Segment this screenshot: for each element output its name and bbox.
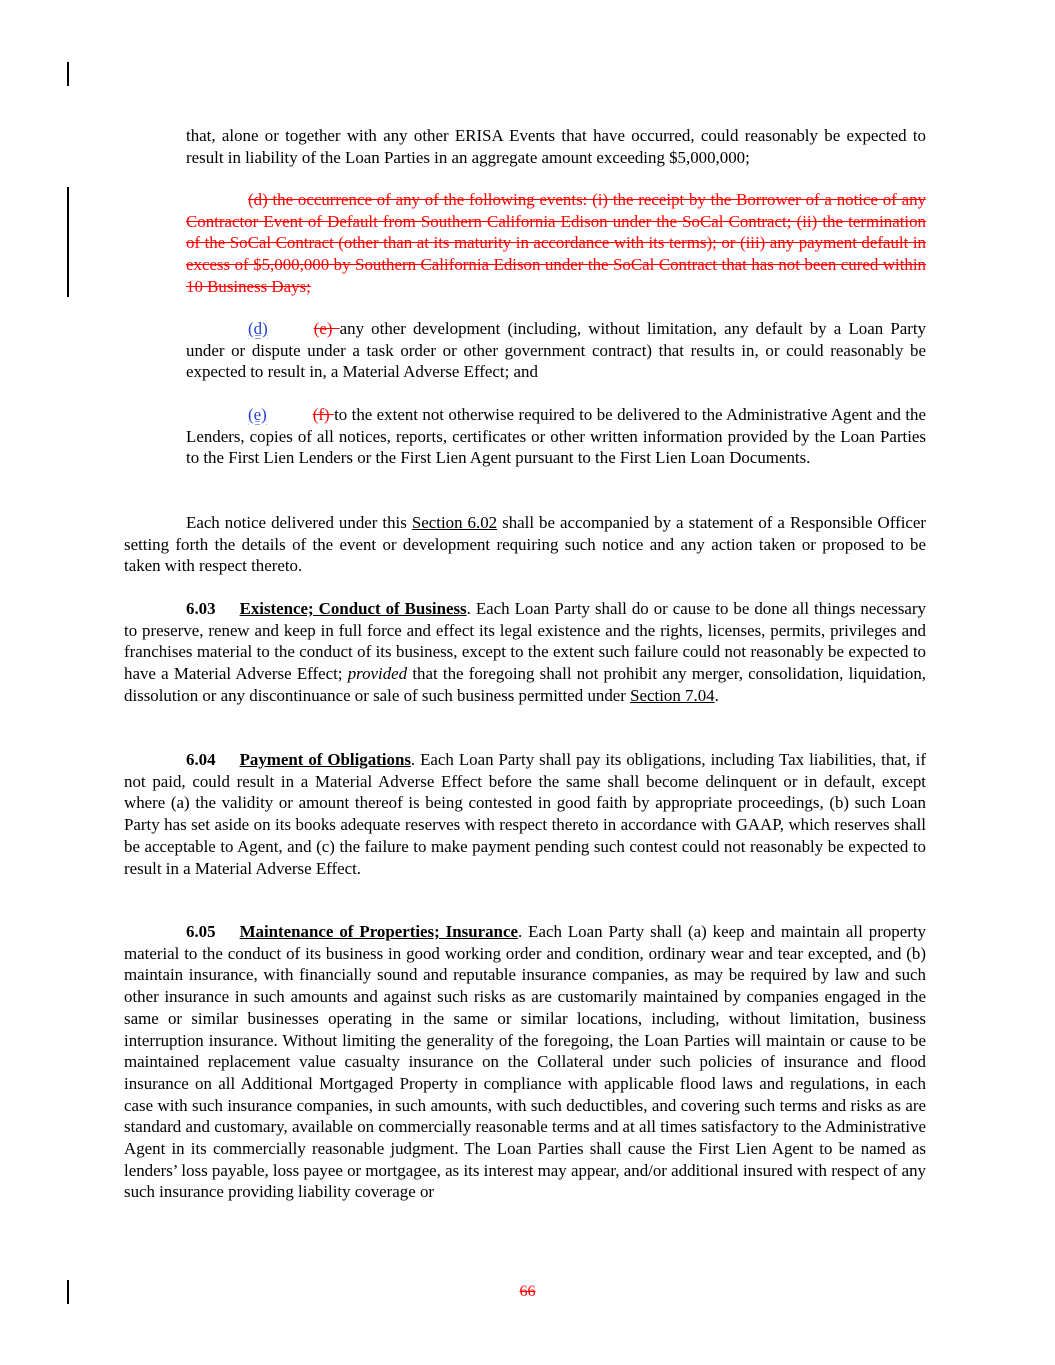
paragraph-deleted-d: (d) the occurrence of any of the followi… [186, 189, 926, 298]
section-title: Payment of Obligations [240, 750, 411, 769]
document-page: that, alone or together with any other E… [0, 0, 1055, 1365]
paragraph-text: Each notice delivered under this [186, 513, 412, 532]
paragraph-text: that, alone or together with any other E… [186, 125, 926, 168]
section-6-04: 6.04Payment of Obligations. Each Loan Pa… [124, 749, 926, 879]
section-body: . Each Loan Party shall pay its obligati… [124, 750, 926, 878]
item-text: to the extent not otherwise required to … [186, 405, 926, 467]
italic-term: provided [348, 664, 407, 683]
change-bar [67, 187, 69, 297]
section-title: Existence; Conduct of Business [240, 599, 467, 618]
section-number: 6.03 [186, 599, 216, 618]
paragraph-erisa-tail: that, alone or together with any other E… [186, 125, 926, 168]
item-text: any other development (including, withou… [186, 319, 926, 381]
deleted-text: (d) the occurrence of any of the followi… [186, 189, 926, 298]
list-item-d: (d)(e) any other development (including,… [186, 318, 926, 383]
deleted-label: (e) [314, 319, 333, 338]
paragraph-notice: Each notice delivered under this Section… [124, 512, 926, 577]
section-reference-link[interactable]: Section 6.02 [412, 513, 497, 532]
deleted-label: (f) [313, 405, 330, 424]
list-item-e: (e)(f) to the extent not otherwise requi… [186, 404, 926, 469]
section-reference-link[interactable]: Section 7.04 [630, 686, 714, 705]
inserted-label: (e) [248, 405, 267, 424]
section-6-03: 6.03Existence; Conduct of Business. Each… [124, 598, 926, 707]
section-6-05: 6.05Maintenance of Properties; Insurance… [124, 921, 926, 1203]
section-number: 6.04 [186, 750, 216, 769]
section-body: . Each Loan Party shall (a) keep and mai… [124, 922, 926, 1201]
section-number: 6.05 [186, 922, 216, 941]
change-bar [67, 62, 69, 86]
page-number: 66 [0, 1283, 1055, 1301]
inserted-label: (d) [248, 319, 268, 338]
section-title: Maintenance of Properties; Insurance [240, 922, 518, 941]
punctuation: . [715, 686, 719, 705]
